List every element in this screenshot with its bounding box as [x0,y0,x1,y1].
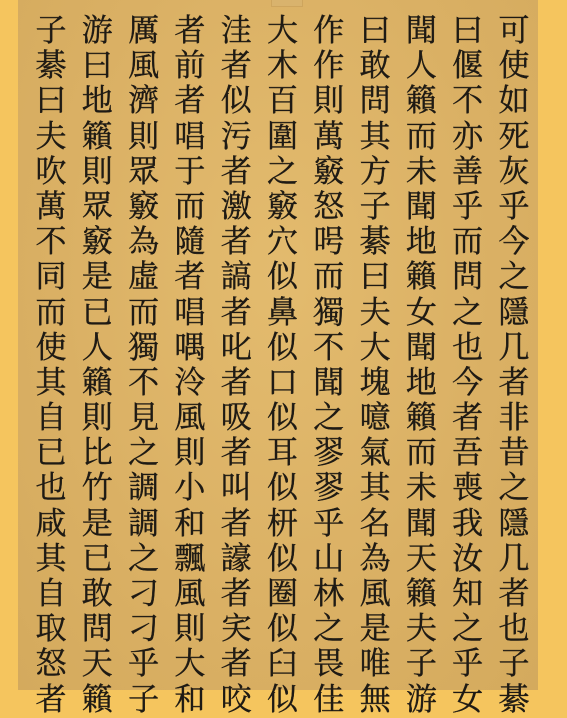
glyph: 則 [76,401,118,436]
glyph: 比 [76,436,118,471]
glyph: 佳 [308,683,350,690]
glyph: 曰 [76,49,118,84]
glyph: 作 [308,14,350,49]
glyph: 似 [261,612,303,647]
glyph: 萬 [308,120,350,155]
glyph: 籟 [400,577,442,612]
glyph: 者 [215,436,257,471]
glyph: 為 [123,225,165,260]
glyph: 而 [30,296,72,331]
glyph: 而 [400,436,442,471]
glyph: 者 [30,683,72,690]
glyph: 耳 [261,436,303,471]
glyph: 呺 [308,225,350,260]
glyph: 女 [447,683,489,690]
glyph: 未 [400,471,442,506]
glyph: 子 [354,190,396,225]
glyph: 敢 [76,577,118,612]
glyph: 綦 [493,683,535,690]
glyph: 似 [215,84,257,119]
glyph: 則 [76,155,118,190]
glyph: 竹 [76,471,118,506]
glyph: 者 [215,155,257,190]
glyph: 敢 [354,49,396,84]
glyph: 怒 [308,190,350,225]
glyph: 乎 [447,647,489,682]
glyph: 游 [400,683,442,690]
glyph: 似 [261,260,303,295]
glyph: 枅 [261,507,303,542]
glyph: 似 [261,331,303,366]
glyph: 也 [30,471,72,506]
text-column: 聞人籟而未聞地籟女聞地籟而未聞天籟夫子游 [400,14,442,684]
glyph: 則 [123,120,165,155]
glyph: 問 [76,612,118,647]
glyph: 氣 [354,436,396,471]
glyph: 者 [169,84,211,119]
glyph: 游 [76,14,118,49]
glyph: 大 [354,331,396,366]
glyph: 取 [30,612,72,647]
text-column: 大木百圍之竅穴似鼻似口似耳似枅似圈似臼似 [261,14,303,684]
glyph: 乎 [123,647,165,682]
glyph: 亦 [447,120,489,155]
glyph: 翏 [308,436,350,471]
glyph: 口 [261,366,303,401]
glyph: 已 [30,436,72,471]
glyph: 灰 [493,155,535,190]
glyph: 之 [493,471,535,506]
glyph: 似 [261,683,303,690]
glyph: 作 [308,49,350,84]
glyph: 曰 [30,84,72,119]
glyph: 唱 [169,296,211,331]
glyph: 風 [169,401,211,436]
glyph: 而 [308,260,350,295]
glyph: 無 [354,683,396,690]
glyph: 為 [354,542,396,577]
glyph: 竅 [261,190,303,225]
glyph: 聞 [400,190,442,225]
glyph: 其 [30,542,72,577]
text-column: 洼者似污者激者謞者叱者吸者叫者譹者宎者咬 [215,14,257,684]
glyph: 咬 [215,683,257,690]
glyph: 虛 [123,260,165,295]
glyph: 曰 [354,260,396,295]
glyph: 也 [493,612,535,647]
text-column: 作作則萬竅怒呺而獨不聞之翏翏乎山林之畏佳 [308,14,350,684]
glyph: 几 [493,331,535,366]
glyph: 子 [400,647,442,682]
glyph: 是 [76,507,118,542]
glyph: 者 [215,647,257,682]
glyph: 之 [447,296,489,331]
glyph: 激 [215,190,257,225]
glyph: 見 [123,401,165,436]
glyph: 宎 [215,612,257,647]
glyph: 之 [123,436,165,471]
glyph: 則 [169,436,211,471]
glyph: 者 [215,366,257,401]
glyph: 畏 [308,647,350,682]
glyph: 眾 [76,190,118,225]
left-margin [0,0,18,690]
glyph: 子 [30,14,72,49]
glyph: 不 [447,84,489,119]
glyph: 其 [30,366,72,401]
glyph: 是 [76,260,118,295]
text-column: 子綦曰夫吹萬不同而使其自已也咸其自取怒者 [30,14,72,684]
glyph: 問 [447,260,489,295]
glyph: 曰 [447,14,489,49]
glyph: 其 [354,120,396,155]
glyph: 我 [447,507,489,542]
text-column: 者前者唱于而隨者唱喁泠風則小和飄風則大和 [169,14,211,684]
glyph: 之 [123,542,165,577]
glyph: 聞 [308,366,350,401]
glyph: 籟 [76,366,118,401]
glyph: 似 [261,471,303,506]
glyph: 喁 [169,331,211,366]
glyph: 子 [123,683,165,690]
glyph: 是 [354,612,396,647]
glyph: 者 [493,577,535,612]
glyph: 風 [169,577,211,612]
glyph: 圈 [261,577,303,612]
glyph: 于 [169,155,211,190]
glyph: 也 [447,331,489,366]
glyph: 聞 [400,14,442,49]
glyph: 知 [447,577,489,612]
glyph: 乎 [493,190,535,225]
glyph: 百 [261,84,303,119]
glyph: 而 [400,120,442,155]
glyph: 臼 [261,647,303,682]
glyph: 咸 [30,507,72,542]
glyph: 昔 [493,436,535,471]
glyph: 小 [169,471,211,506]
glyph: 者 [215,225,257,260]
glyph: 木 [261,49,303,84]
glyph: 翏 [308,471,350,506]
glyph: 夫 [400,612,442,647]
glyph: 今 [493,225,535,260]
glyph: 善 [447,155,489,190]
glyph: 籟 [76,683,118,690]
glyph: 綦 [354,225,396,260]
glyph: 不 [30,225,72,260]
glyph: 汝 [447,542,489,577]
glyph: 人 [400,49,442,84]
text-column: 厲風濟則眾竅為虛而獨不見之調調之刁刁乎子 [123,14,165,684]
glyph: 人 [76,331,118,366]
glyph: 萬 [30,190,72,225]
glyph: 籟 [400,260,442,295]
glyph: 竅 [308,155,350,190]
glyph: 死 [493,120,535,155]
glyph: 自 [30,401,72,436]
glyph: 刁 [123,612,165,647]
text-column: 曰偃不亦善乎而問之也今者吾喪我汝知之乎女 [447,14,489,684]
glyph: 籟 [400,84,442,119]
glyph: 綦 [30,49,72,84]
glyph: 籟 [76,120,118,155]
glyph: 竅 [123,190,165,225]
glyph: 非 [493,401,535,436]
glyph: 之 [261,155,303,190]
glyph: 方 [354,155,396,190]
glyph: 圍 [261,120,303,155]
glyph: 聞 [400,507,442,542]
glyph: 已 [76,542,118,577]
glyph: 厲 [123,14,165,49]
glyph: 几 [493,542,535,577]
glyph: 之 [308,612,350,647]
glyph: 子 [493,647,535,682]
glyph: 者 [215,49,257,84]
glyph: 調 [123,471,165,506]
glyph: 之 [308,401,350,436]
glyph: 使 [30,331,72,366]
glyph: 叱 [215,331,257,366]
glyph: 乎 [308,507,350,542]
glyph: 曰 [354,14,396,49]
glyph: 之 [493,260,535,295]
glyph: 者 [169,260,211,295]
glyph: 吾 [447,436,489,471]
glyph: 獨 [308,296,350,331]
glyph: 吹 [30,155,72,190]
glyph: 竅 [76,225,118,260]
glyph: 大 [261,14,303,49]
glyph: 不 [308,331,350,366]
glyph: 和 [169,683,211,690]
glyph: 刁 [123,577,165,612]
glyph: 使 [493,49,535,84]
glyph: 而 [447,225,489,260]
right-margin [538,0,567,690]
glyph: 譹 [215,542,257,577]
glyph: 塊 [354,366,396,401]
glyph: 天 [400,542,442,577]
glyph: 則 [308,84,350,119]
glyph: 山 [308,542,350,577]
glyph: 籟 [400,401,442,436]
text-column: 游曰地籟則眾竅是已人籟則比竹是已敢問天籟 [76,14,118,684]
glyph: 污 [215,120,257,155]
glyph: 獨 [123,331,165,366]
glyph: 似 [261,542,303,577]
text-column: 曰敢問其方子綦曰夫大塊噫氣其名為風是唯無 [354,14,396,684]
glyph: 似 [261,401,303,436]
glyph: 之 [447,612,489,647]
glyph: 叫 [215,471,257,506]
glyph: 夫 [354,296,396,331]
glyph: 洼 [215,14,257,49]
glyph: 隱 [493,296,535,331]
glyph: 者 [215,507,257,542]
seal-mark [271,0,303,7]
glyph: 噫 [354,401,396,436]
glyph: 而 [123,296,165,331]
text-columns: 可使如死灰乎今之隱几者非昔之隱几者也子綦曰偃不亦善乎而問之也今者吾喪我汝知之乎女… [30,14,535,684]
glyph: 未 [400,155,442,190]
glyph: 地 [76,84,118,119]
glyph: 隨 [169,225,211,260]
text-column: 可使如死灰乎今之隱几者非昔之隱几者也子綦 [493,14,535,684]
glyph: 女 [400,296,442,331]
glyph: 不 [123,366,165,401]
glyph: 穴 [261,225,303,260]
glyph: 如 [493,84,535,119]
glyph: 乎 [447,190,489,225]
glyph: 吸 [215,401,257,436]
glyph: 者 [169,14,211,49]
glyph: 夫 [30,120,72,155]
glyph: 可 [493,14,535,49]
glyph: 喪 [447,471,489,506]
glyph: 同 [30,260,72,295]
glyph: 者 [493,366,535,401]
glyph: 聞 [400,331,442,366]
glyph: 天 [76,647,118,682]
glyph: 大 [169,647,211,682]
glyph: 而 [169,190,211,225]
glyph: 者 [215,296,257,331]
glyph: 問 [354,84,396,119]
glyph: 泠 [169,366,211,401]
glyph: 唱 [169,120,211,155]
glyph: 和 [169,507,211,542]
glyph: 名 [354,507,396,542]
glyph: 飄 [169,542,211,577]
glyph: 謞 [215,260,257,295]
glyph: 今 [447,366,489,401]
glyph: 怒 [30,647,72,682]
glyph: 風 [354,577,396,612]
glyph: 偃 [447,49,489,84]
glyph: 鼻 [261,296,303,331]
glyph: 隱 [493,507,535,542]
glyph: 前 [169,49,211,84]
glyph: 風 [123,49,165,84]
glyph: 地 [400,225,442,260]
glyph: 者 [447,401,489,436]
glyph: 已 [76,296,118,331]
glyph: 自 [30,577,72,612]
glyph: 地 [400,366,442,401]
glyph: 濟 [123,84,165,119]
glyph: 眾 [123,155,165,190]
glyph: 調 [123,507,165,542]
glyph: 者 [215,577,257,612]
glyph: 其 [354,471,396,506]
glyph: 唯 [354,647,396,682]
glyph: 則 [169,612,211,647]
glyph: 林 [308,577,350,612]
